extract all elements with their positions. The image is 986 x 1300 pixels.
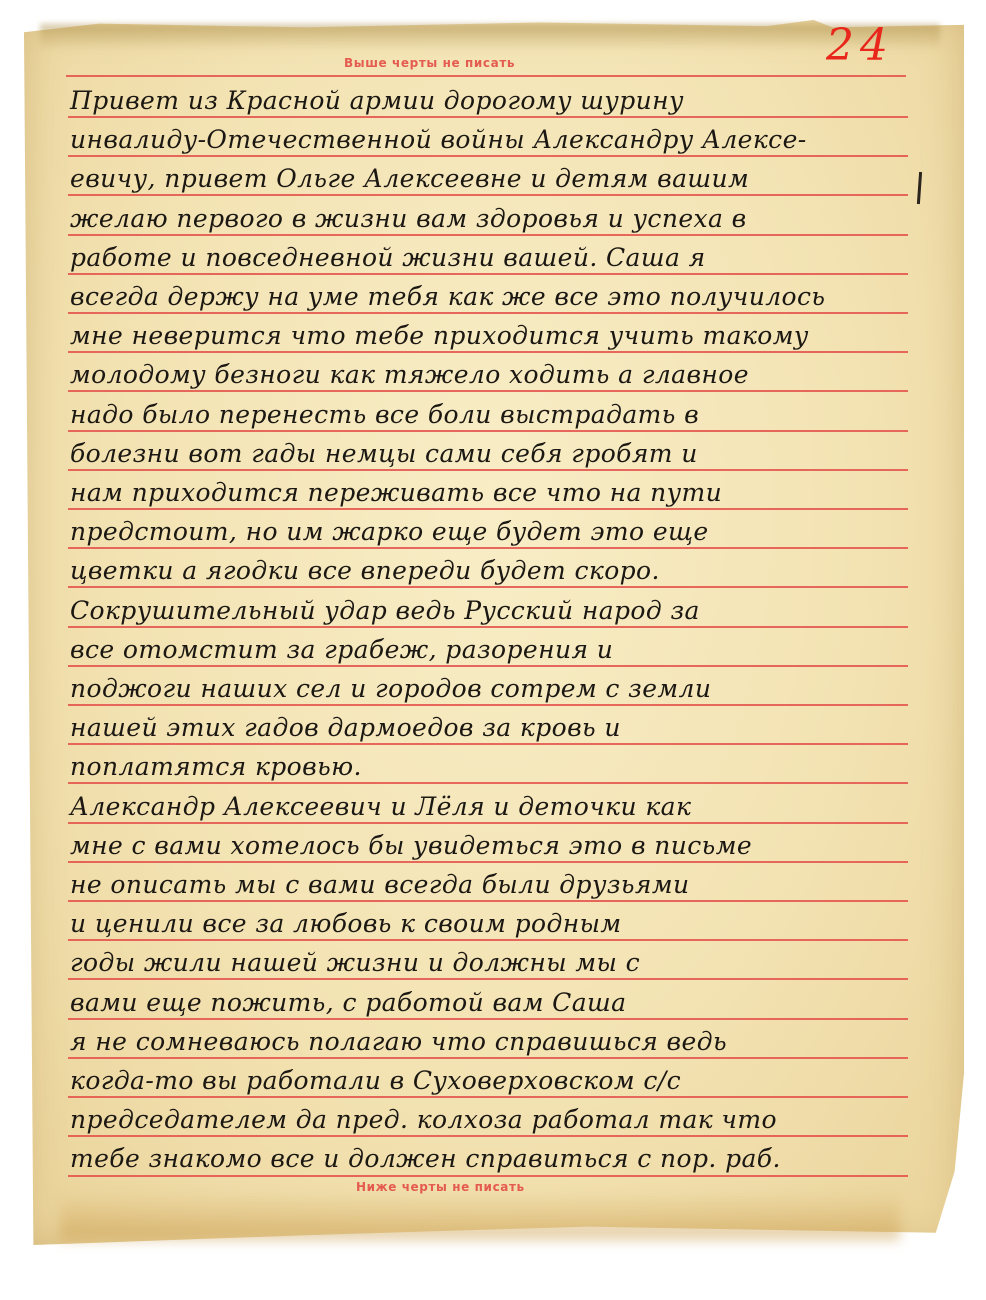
letter-line: нам приходится переживать все что на пут… xyxy=(70,478,970,507)
ruled-line xyxy=(68,116,908,118)
letter-line: мне неверится что тебе приходится учить … xyxy=(70,321,970,350)
letter-line: болезни вот гады немцы сами себя гробят … xyxy=(70,439,970,468)
ruled-line xyxy=(68,430,908,432)
letter-line: когда-то вы работали в Суховерховском с/… xyxy=(70,1066,970,1095)
letter-line: поджоги наших сел и городов сотрем с зем… xyxy=(70,674,970,703)
ruled-line xyxy=(68,1135,908,1137)
letter-line: работе и повседневной жизни вашей. Саша … xyxy=(70,243,970,272)
header-rule xyxy=(66,75,906,77)
ruled-line xyxy=(68,351,908,353)
letter-line: вами еще пожить, с работой вам Саша xyxy=(70,988,970,1017)
ruled-line xyxy=(68,1057,908,1059)
letter-line: мне с вами хотелось бы увидеться это в п… xyxy=(70,831,970,860)
letter-line: Александр Алексеевич и Лёля и деточки ка… xyxy=(70,792,970,821)
letter-line: всегда держу на уме тебя как же все это … xyxy=(70,282,970,311)
ruled-line xyxy=(68,469,908,471)
letter-line: молодому безноги как тяжело ходить а гла… xyxy=(70,360,970,389)
ruled-line xyxy=(68,234,908,236)
ruled-line xyxy=(68,586,908,588)
ruled-line xyxy=(68,782,908,784)
ruled-line xyxy=(68,155,908,157)
ruled-line xyxy=(68,1018,908,1020)
ruled-line xyxy=(68,704,908,706)
ruled-line xyxy=(68,194,908,196)
letter-line: Привет из Красной армии дорогому шурину xyxy=(70,86,970,115)
ruled-line xyxy=(68,273,908,275)
footer-rule xyxy=(68,1175,908,1177)
ruled-line xyxy=(68,900,908,902)
letter-line: я не сомневаюсь полагаю что справишься в… xyxy=(70,1027,970,1056)
letter-line: и ценили все за любовь к своим родным xyxy=(70,909,970,938)
ruled-line xyxy=(68,312,908,314)
letter-line: годы жили нашей жизни и должны мы с xyxy=(70,948,970,977)
letter-line: предстоит, но им жарко еще будет это еще xyxy=(70,517,970,546)
letter-line: все отомстит за грабеж, разорения и xyxy=(70,635,970,664)
ruled-line xyxy=(68,978,908,980)
ruled-line xyxy=(68,743,908,745)
ruled-line xyxy=(68,626,908,628)
letter-line: тебе знакомо все и должен справиться с п… xyxy=(70,1144,970,1173)
letter-line: нашей этих гадов дармоедов за кровь и xyxy=(70,713,970,742)
ruled-line xyxy=(68,1096,908,1098)
letter-line: цветки а ягодки все впереди будет скоро. xyxy=(70,556,970,585)
footer-stamp: Ниже черты не писать xyxy=(356,1180,525,1194)
ruled-line xyxy=(68,390,908,392)
header-stamp: Выше черты не писать xyxy=(344,56,515,70)
letter-line: председателем да пред. колхоза работал т… xyxy=(70,1105,970,1134)
ruled-line xyxy=(68,547,908,549)
letter-line: Сокрушительный удар ведь Русский народ з… xyxy=(70,596,970,625)
letter-line: желаю первого в жизни вам здоровья и усп… xyxy=(70,204,970,233)
ruled-line xyxy=(68,939,908,941)
letter-line: поплатятся кровью. xyxy=(70,752,970,781)
ruled-line xyxy=(68,822,908,824)
paper-stain-bottom xyxy=(60,1190,900,1240)
ruled-line xyxy=(68,508,908,510)
ruled-line xyxy=(68,665,908,667)
letter-line: надо было перенесть все боли выстрадать … xyxy=(70,400,970,429)
page-number: 24 xyxy=(826,20,894,71)
letter-line: не описать мы с вами всегда были друзьям… xyxy=(70,870,970,899)
letter-line: евичу, привет Ольге Алексеевне и детям в… xyxy=(70,164,970,193)
letter-line: инвалиду-Отечественной войны Александру … xyxy=(70,125,970,154)
ruled-line xyxy=(68,861,908,863)
paper-stain-top xyxy=(40,24,940,50)
